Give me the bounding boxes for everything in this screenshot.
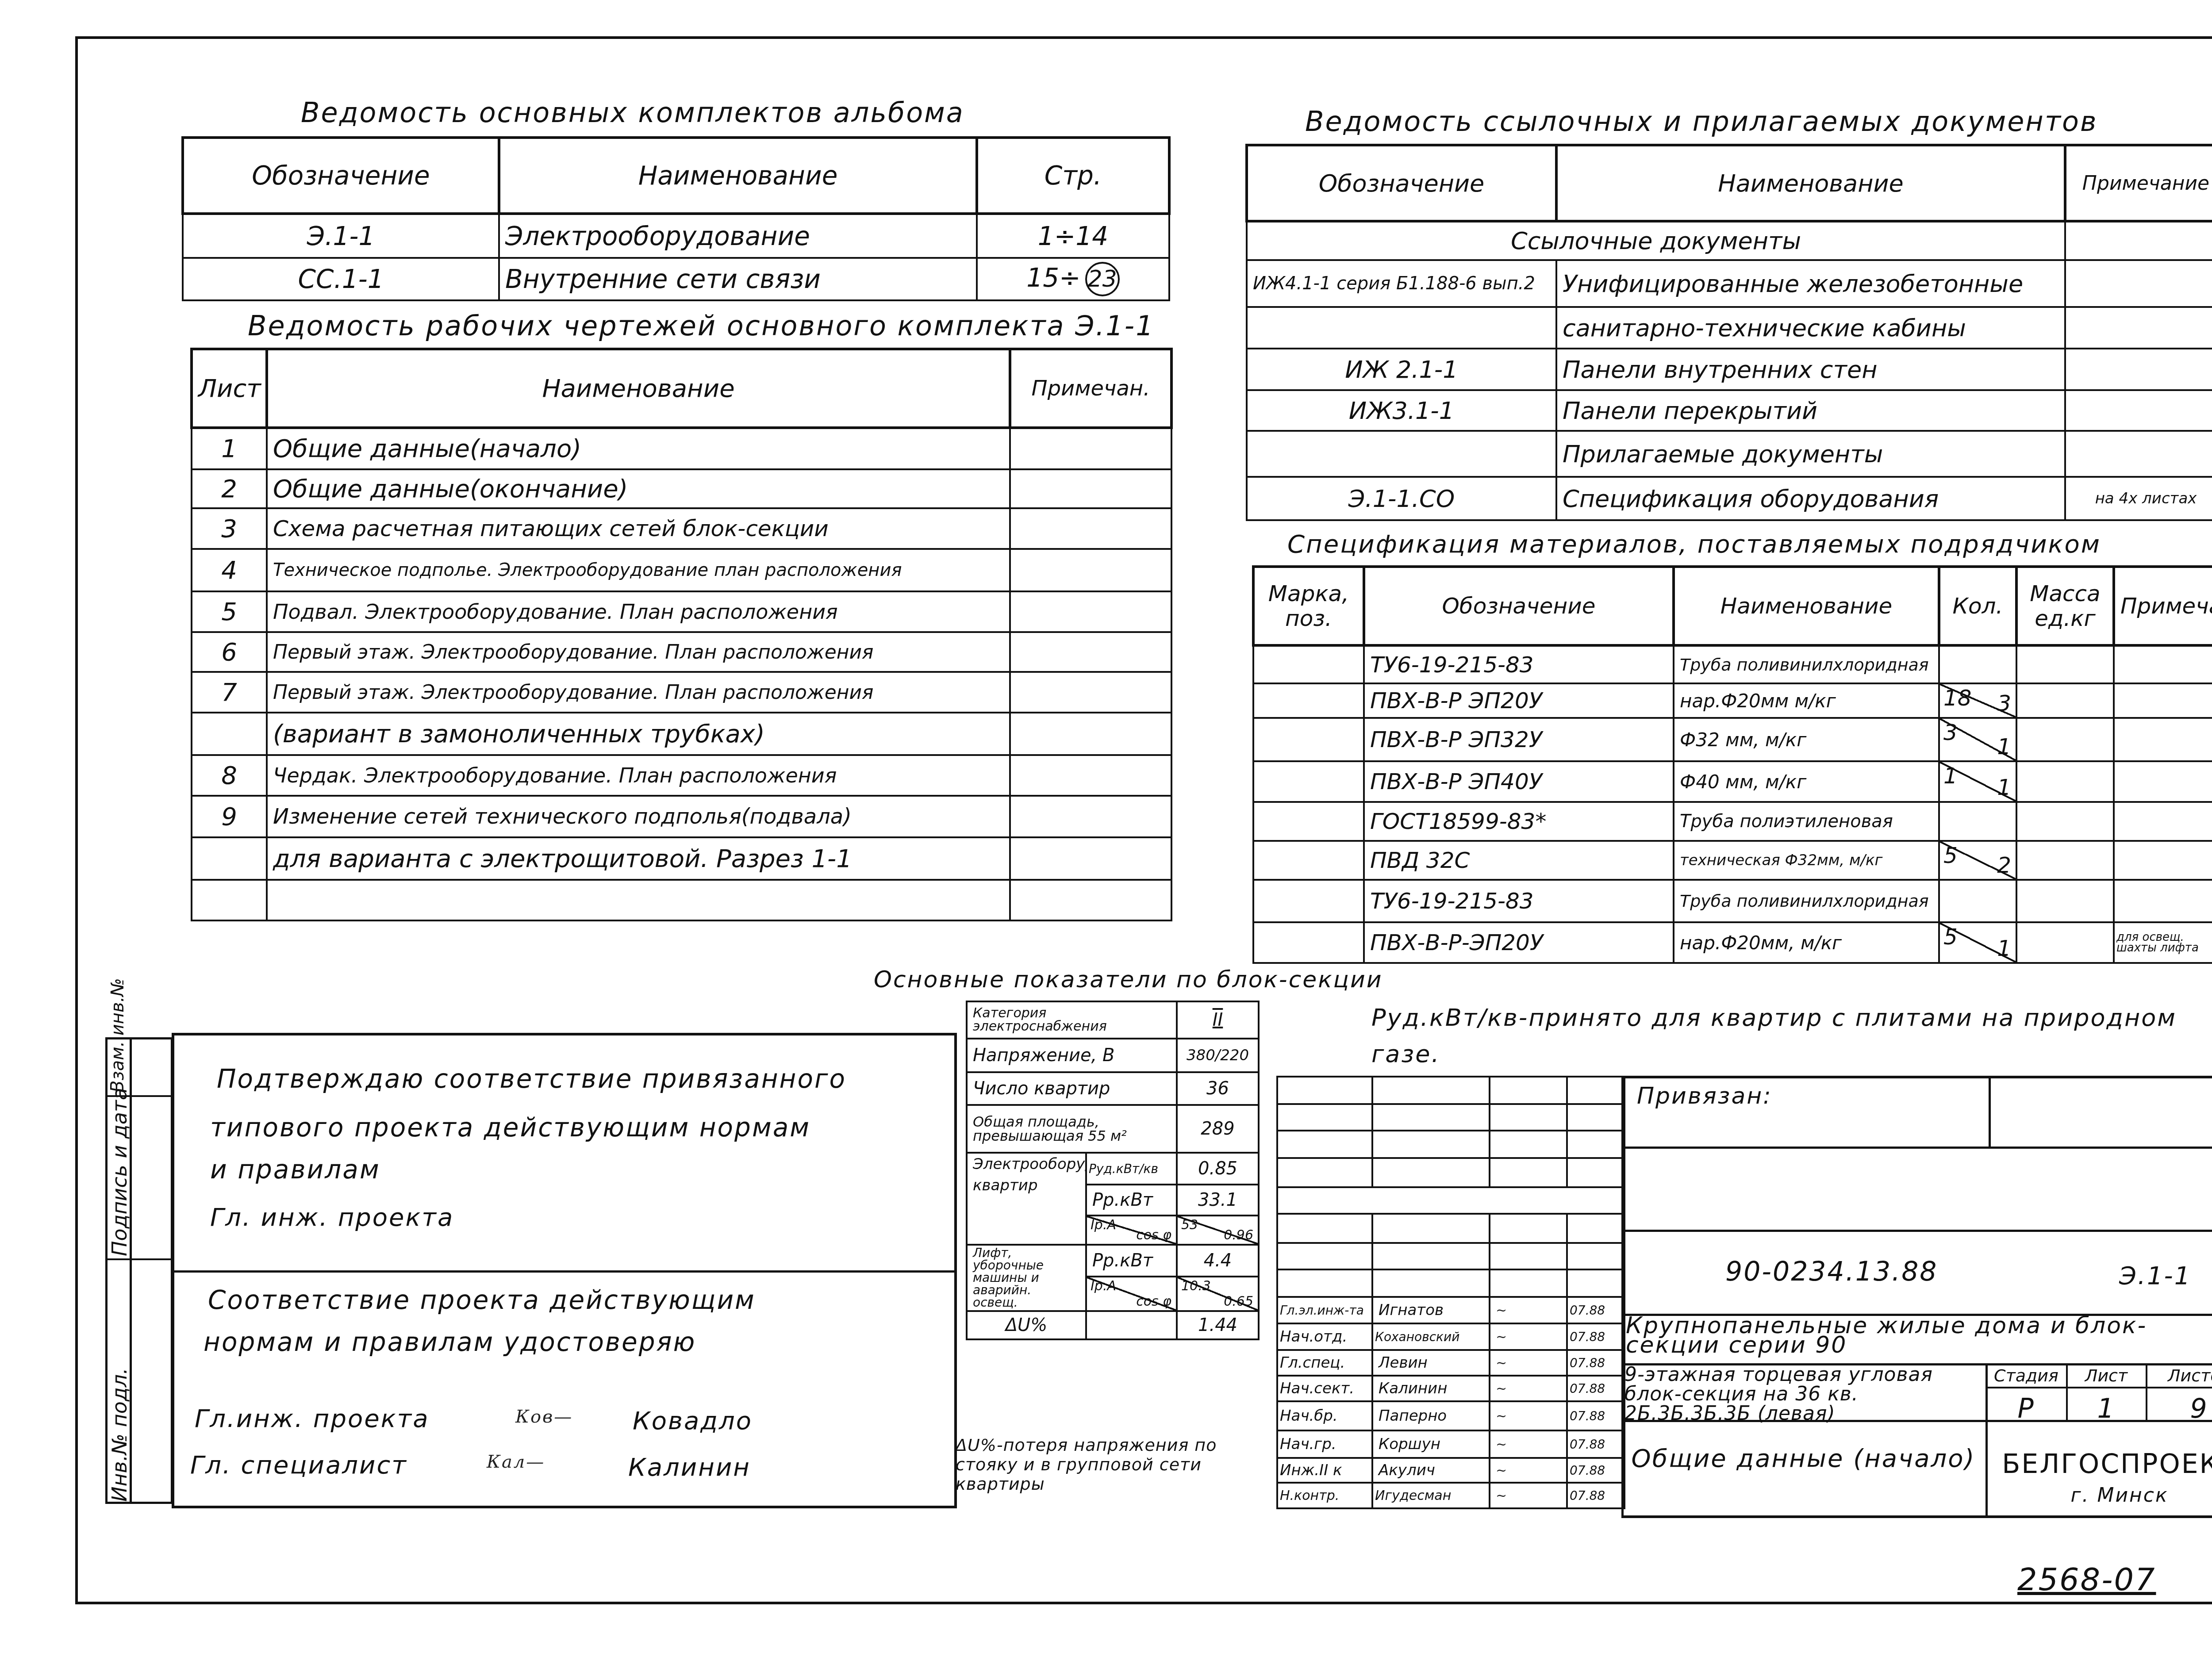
qty-cell: 183 [1939, 683, 2016, 718]
note-cell [1010, 713, 1171, 755]
name-cell: Спецификация оборудования [1556, 477, 2065, 520]
note-cell [1010, 549, 1171, 591]
pos-cell [1253, 645, 1364, 683]
name-cell: Чердак. Электрооборудование. План распол… [267, 755, 1010, 796]
name-cell: Схема расчетная питающих сетей блок-секц… [267, 508, 1010, 549]
table-row: Напряжение, В380/220 [967, 1039, 1259, 1072]
sheet-cell [192, 837, 267, 880]
staff-row: Инж.II кАкулич~07.88 [1277, 1458, 1624, 1483]
param-cell: Рр.кВт [1086, 1245, 1177, 1277]
staff-role: Инж.II к [1277, 1458, 1372, 1483]
label-cell: Общая площадь, превышающая 55 м² [967, 1105, 1177, 1153]
code-cell: ПВХ-В-Р ЭП32У [1364, 718, 1674, 761]
qty-cell [1939, 645, 2016, 683]
group-label: Электрооборудование квартир [967, 1153, 1086, 1245]
table-row: 1Общие данные(начало) [192, 428, 1171, 469]
signature: Ков— [515, 1407, 573, 1427]
empty-cell [1086, 1311, 1177, 1339]
name-cell: Электрооборудование [499, 214, 977, 258]
staff-role: Нач.сект. [1277, 1376, 1372, 1401]
note-cell [1010, 428, 1171, 469]
table-row: ПВД 32Стехническая Ф32мм, м/кг52 [1253, 841, 2212, 880]
staff-role: Гл.спец. [1277, 1350, 1372, 1376]
sheet-cell [192, 880, 267, 920]
signer-role: Гл. специалист [190, 1451, 407, 1480]
name-cell: Общие данные(окончание) [267, 469, 1010, 508]
staff-signature: ~ [1490, 1323, 1567, 1350]
value-cell: 10.30.65 [1177, 1277, 1259, 1311]
staff-date: 07.88 [1567, 1350, 1624, 1376]
code-cell [1247, 307, 1556, 349]
label-cell: ΔU% [967, 1311, 1086, 1339]
staff-row: Нач.отд.Кохановский~07.88 [1277, 1323, 1624, 1350]
staff-role: Нач.бр. [1277, 1401, 1372, 1430]
code-cell: ИЖ4.1-1 серия Б1.188-6 вып.2 [1247, 260, 1556, 307]
mass-cell [2016, 718, 2114, 761]
name-cell: Унифицированные железобетонные [1556, 260, 2065, 307]
name-cell: Ф40 мм, м/кг [1674, 761, 1939, 802]
name-cell: Панели внутренних стен [1556, 349, 2065, 390]
header-cell: Лист [192, 349, 267, 428]
album-sets-title: Ведомость основных комплектов альбома [301, 96, 964, 129]
name-cell: Внутренние сети связи [499, 258, 977, 300]
param-cell: Iр.Аcos φ [1086, 1277, 1177, 1311]
name-cell: Техническое подполье. Электрооборудовани… [267, 549, 1010, 591]
note-cell [1010, 672, 1171, 713]
code-cell: Э.1-1.СО [1247, 477, 1556, 520]
note-cell [2114, 645, 2212, 683]
table-row: Категория электроснабженияII [967, 1001, 1259, 1039]
staff-signature: ~ [1490, 1430, 1567, 1458]
sheet-cell: 1 [192, 428, 267, 469]
name-cell: нар.Ф20мм м/кг [1674, 683, 1939, 718]
pages-cell: 1÷14 [977, 214, 1169, 258]
table-row: Э.1-1 Электрооборудование 1÷14 [183, 214, 1169, 258]
note-cell [2114, 880, 2212, 922]
staff-signature: ~ [1490, 1376, 1567, 1401]
table-row: Электрооборудование квартир Руд.кВт/кв 0… [967, 1153, 1259, 1185]
table-row: ТУ6-19-215-83Труба поливинилхлоридная [1253, 880, 2212, 922]
tb-divider [1621, 1230, 2212, 1232]
staff-row: Нач.гр.Коршун~07.88 [1277, 1430, 1624, 1458]
name-cell: Труба полиэтиленовая [1674, 802, 1939, 841]
table-row: ПВХ-В-Р ЭП40УФ40 мм, м/кг11 [1253, 761, 2212, 802]
table-row: ПВХ-В-Р-ЭП20Унар.Ф20мм, м/кг51для освещ.… [1253, 922, 2212, 963]
strip-label-inv-no: Инв.№ подл. [108, 1368, 131, 1502]
cert-role: Гл. инж. проекта [210, 1203, 454, 1232]
header-cell: Наименование [1674, 567, 1939, 645]
staff-signature: ~ [1490, 1401, 1567, 1430]
header-cell: Наименование [1556, 145, 2065, 221]
note-cell [2065, 221, 2212, 260]
name-cell: Труба поливинилхлоридная [1674, 880, 1939, 922]
table-row: 9Изменение сетей технического подполья(п… [192, 796, 1171, 837]
note-cell [1010, 469, 1171, 508]
header-cell: Марка, поз. [1253, 567, 1364, 645]
code-cell: ПВХ-В-Р ЭП40У [1364, 761, 1674, 802]
note-specific-load: Руд.кВт/кв-принято для квартир с плитами… [1371, 1000, 2212, 1072]
signer-role: Гл.инж. проекта [195, 1404, 430, 1433]
qty-cell: 31 [1939, 718, 2016, 761]
staff-role: Нач.отд. [1277, 1323, 1372, 1350]
reference-docs-title: Ведомость ссылочных и прилагаемых докуме… [1305, 105, 2097, 138]
code-cell: ГОСТ18599-83* [1364, 802, 1674, 841]
strip-label-replaced-inv: Взам. инв.№ [108, 978, 128, 1093]
sheet-cell: 7 [192, 672, 267, 713]
code-cell: ИЖ3.1-1 [1247, 390, 1556, 431]
materials-spec-title: Спецификация материалов, поставляемых по… [1287, 530, 2101, 559]
header-cell: Наименование [499, 138, 977, 214]
staff-name: Паперно [1372, 1401, 1490, 1430]
qty-cell [1939, 880, 2016, 922]
note-cell: на 4х листах [2065, 477, 2212, 520]
header-cell: Примечан. [1010, 349, 1171, 428]
note-cell [2114, 841, 2212, 880]
staff-date: 07.88 [1567, 1401, 1624, 1430]
stage-header: Стадия [1986, 1366, 2066, 1385]
code-cell: ПВД 32С [1364, 841, 1674, 880]
indicators-table: Категория электроснабженияII Напряжение,… [966, 1001, 1260, 1340]
staff-name: Калинин [1372, 1376, 1490, 1401]
staff-date: 07.88 [1567, 1323, 1624, 1350]
pos-cell [1253, 761, 1364, 802]
pos-cell [1253, 718, 1364, 761]
table-row: (вариант в замоноличенных трубках) [192, 713, 1171, 755]
table-row: 5Подвал. Электрооборудование. План распо… [192, 591, 1171, 632]
pos-cell [1253, 922, 1364, 963]
tb-divider [1985, 1387, 2212, 1388]
staff-row: Нач.сект.Калинин~07.88 [1277, 1376, 1624, 1401]
note-cell [1010, 880, 1171, 920]
tb-divider [1621, 1420, 2212, 1422]
staff-date: 07.88 [1567, 1376, 1624, 1401]
note-cell [2065, 431, 2212, 477]
sheets-header: Листов [2147, 1366, 2212, 1385]
sheet-cell: 9 [192, 796, 267, 837]
staff-name: Акулич [1372, 1458, 1490, 1483]
name-cell: Панели перекрытий [1556, 390, 2065, 431]
note-cell [2065, 260, 2212, 307]
code-cell: ПВХ-В-Р ЭП20У [1364, 683, 1674, 718]
staff-row: Гл.эл.инж-таИгнатов~07.88 [1277, 1297, 1624, 1323]
header-cell: Обозначение [1247, 145, 1556, 221]
materials-spec-table: Марка, поз. Обозначение Наименование Кол… [1252, 565, 2212, 964]
staff-date: 07.88 [1567, 1297, 1624, 1323]
staff-date: 07.88 [1567, 1458, 1624, 1483]
stamp-number: 2568-07 [2017, 1561, 2156, 1598]
table-row: СС.1-1 Внутренние сети связи 15÷23 [183, 258, 1169, 300]
set-code: Э.1-1 [2119, 1262, 2191, 1290]
code-cell: Э.1-1 [183, 214, 499, 258]
header-cell: Примечание [2114, 567, 2212, 645]
note-cell [1010, 632, 1171, 672]
cert-line: типового проекта действующим нормам [210, 1112, 810, 1143]
note-cell [2065, 390, 2212, 431]
staff-role: Гл.эл.инж-та [1277, 1297, 1372, 1323]
code-cell [1247, 431, 1556, 477]
value-cell: 530.96 [1177, 1216, 1259, 1245]
qty-cell: 51 [1939, 922, 2016, 963]
name-cell: для варианта с электрощитовой. Разрез 1-… [267, 837, 1010, 880]
project-title: Крупнопанельные жилые дома и блок-секции… [1626, 1316, 2212, 1355]
note-cell: для освещ. шахты лифта [2114, 922, 2212, 963]
sheet-cell: 8 [192, 755, 267, 796]
note-cell [2114, 802, 2212, 841]
cert-line: и правилам [210, 1154, 380, 1185]
table-row: Число квартир36 [967, 1072, 1259, 1105]
note-cell [2114, 761, 2212, 802]
name-cell: Прилагаемые документы [1556, 431, 2065, 477]
name-cell: Первый этаж. Электрооборудование. План р… [267, 632, 1010, 672]
note-cell [1010, 591, 1171, 632]
staff-row: Гл.спец.Левин~07.88 [1277, 1350, 1624, 1376]
code-cell: ПВХ-В-Р-ЭП20У [1364, 922, 1674, 963]
working-drawings-table: Лист Наименование Примечан. 1Общие данны… [190, 348, 1173, 921]
value-cell: 380/220 [1177, 1039, 1259, 1072]
pages-cell: 15÷23 [977, 258, 1169, 300]
value-cell: 1.44 [1177, 1311, 1259, 1339]
pos-cell [1253, 841, 1364, 880]
value-cell: II [1177, 1001, 1259, 1039]
table-row: Лифт, уборочные машины и аварийн. освещ.… [967, 1245, 1259, 1277]
table-row: ИЖ3.1-1Панели перекрытий [1247, 390, 2212, 431]
cert-line: Соответствие проекта действующим [208, 1285, 756, 1315]
mass-cell [2016, 645, 2114, 683]
object-title: 9-этажная торцевая угловая блок-секция н… [1624, 1365, 1978, 1423]
doc-code: 90-0234.13.88 [1725, 1256, 1938, 1287]
table-row: Э.1-1.СОСпецификация оборудованияна 4х л… [1247, 477, 2212, 520]
staff-date: 07.88 [1567, 1483, 1624, 1508]
name-cell: Изменение сетей технического подполья(по… [267, 796, 1010, 837]
mass-cell [2016, 802, 2114, 841]
header-cell: Обозначение [1364, 567, 1674, 645]
header-cell: Примечание [2065, 145, 2212, 221]
mass-cell [2016, 683, 2114, 718]
certification-divider [172, 1270, 957, 1273]
signature: Кал— [487, 1452, 545, 1472]
staff-row: Н.контр.Игудесман~07.88 [1277, 1483, 1624, 1508]
table-row: ПВХ-В-Р ЭП20Унар.Ф20мм м/кг183 [1253, 683, 2212, 718]
sheet-cell: 6 [192, 632, 267, 672]
note-cell [2065, 349, 2212, 390]
circled-page-count: 23 [1085, 262, 1120, 296]
code-cell: ТУ6-19-215-83 [1364, 645, 1674, 683]
table-row: ΔU% 1.44 [967, 1311, 1259, 1339]
qty-cell: 52 [1939, 841, 2016, 880]
sheet-cell: 3 [192, 508, 267, 549]
table-row: ТУ6-19-215-83Труба поливинилхлоридная [1253, 645, 2212, 683]
table-row: ПВХ-В-Р ЭП32УФ32 мм, м/кг31 [1253, 718, 2212, 761]
tb-divider [1989, 1076, 1991, 1147]
cert-line: Подтверждаю соответствие привязанного [217, 1064, 846, 1094]
note-cell [2114, 683, 2212, 718]
table-row: Прилагаемые документы [1247, 431, 2212, 477]
section-referenced: Ссылочные документы [1247, 221, 2065, 260]
param-cell: Рр.кВт [1086, 1185, 1177, 1216]
note-cell [2065, 307, 2212, 349]
organization: БЕЛГОСПРОЕКТ [1987, 1449, 2212, 1480]
name-cell: Общие данные(начало) [267, 428, 1010, 469]
table-row: 8Чердак. Электрооборудование. План распо… [192, 755, 1171, 796]
name-cell: техническая Ф32мм, м/кг [1674, 841, 1939, 880]
group-label: Лифт, уборочные машины и аварийн. освещ. [967, 1245, 1086, 1311]
staff-name: Игудесман [1372, 1483, 1490, 1508]
table-row: Общая площадь, превышающая 55 м²289 [967, 1105, 1259, 1153]
name-cell: Подвал. Электрооборудование. План распол… [267, 591, 1010, 632]
mass-cell [2016, 841, 2114, 880]
table-row: ГОСТ18599-83*Труба полиэтиленовая [1253, 802, 2212, 841]
staff-row: Нач.бр.Паперно~07.88 [1277, 1401, 1624, 1430]
note-cell [1010, 755, 1171, 796]
qty-cell [1939, 802, 2016, 841]
sheet-cell: 2 [192, 469, 267, 508]
staff-role: Н.контр. [1277, 1483, 1372, 1508]
header-cell: Обозначение [183, 138, 499, 214]
note-cell [2114, 718, 2212, 761]
staff-signature: ~ [1490, 1350, 1567, 1376]
sheet-cell: 4 [192, 549, 267, 591]
name-cell: (вариант в замоноличенных трубках) [267, 713, 1010, 755]
table-row [192, 880, 1171, 920]
value-cell: 36 [1177, 1072, 1259, 1105]
header-cell: Наименование [267, 349, 1010, 428]
sheet-title: Общие данные (начало) [1621, 1444, 1985, 1473]
param-cell: Руд.кВт/кв [1086, 1153, 1177, 1185]
code-cell: ИЖ 2.1-1 [1247, 349, 1556, 390]
mass-cell [2016, 761, 2114, 802]
code-cell: СС.1-1 [183, 258, 499, 300]
label-cell: Число квартир [967, 1072, 1177, 1105]
staff-signature: ~ [1490, 1458, 1567, 1483]
staff-name: Игнатов [1372, 1297, 1490, 1323]
value-cell: 4.4 [1177, 1245, 1259, 1277]
table-row: ИЖ 2.1-1Панели внутренних стен [1247, 349, 2212, 390]
table-row: для варианта с электрощитовой. Разрез 1-… [192, 837, 1171, 880]
table-row: ИЖ4.1-1 серия Б1.188-6 вып.2Унифицирован… [1247, 260, 2212, 307]
mass-cell [2016, 880, 2114, 922]
name-cell: нар.Ф20мм, м/кг [1674, 922, 1939, 963]
table-row: 6Первый этаж. Электрооборудование. План … [192, 632, 1171, 672]
label-cell: Категория электроснабжения [967, 1001, 1177, 1039]
staff-name: Левин [1372, 1350, 1490, 1376]
staff-name: Кохановский [1372, 1323, 1490, 1350]
header-cell: Кол. [1939, 567, 2016, 645]
sheet-cell: 5 [192, 591, 267, 632]
name-cell [267, 880, 1010, 920]
table-row: 3Схема расчетная питающих сетей блок-сек… [192, 508, 1171, 549]
code-cell: ТУ6-19-215-83 [1364, 880, 1674, 922]
working-drawings-title: Ведомость рабочих чертежей основного ком… [248, 310, 1155, 342]
value-cell: 33.1 [1177, 1185, 1259, 1216]
name-cell: Первый этаж. Электрооборудование. План р… [267, 672, 1010, 713]
staff-role: Нач.гр. [1277, 1430, 1372, 1458]
note-cell [1010, 508, 1171, 549]
staff-signature: ~ [1490, 1483, 1567, 1508]
pos-cell [1253, 802, 1364, 841]
param-cell: Iр.Аcos φ [1086, 1216, 1177, 1245]
staff-name: Коршун [1372, 1430, 1490, 1458]
header-cell: Масса ед.кг [2016, 567, 2114, 645]
sheet-header: Лист [2067, 1366, 2146, 1385]
city: г. Минск [1987, 1484, 2212, 1507]
sheet-cell [192, 713, 267, 755]
pos-cell [1253, 683, 1364, 718]
table-row: санитарно-технические кабины [1247, 307, 2212, 349]
header-cell: Стр. [977, 138, 1169, 214]
mass-cell [2016, 922, 2114, 963]
album-sets-table: Обозначение Наименование Стр. Э.1-1 Элек… [181, 136, 1171, 301]
note-cell [1010, 837, 1171, 880]
strip-label-signature-date: Подпись и дата [108, 1088, 131, 1256]
signer-name: Калинин [628, 1453, 751, 1482]
table-row: 2Общие данные(окончание) [192, 469, 1171, 508]
staff-signature: ~ [1490, 1297, 1567, 1323]
table-row: 7Первый этаж. Электрооборудование. План … [192, 672, 1171, 713]
note-cell [1010, 796, 1171, 837]
name-cell: Ф32 мм, м/кг [1674, 718, 1939, 761]
reference-docs-table: Обозначение Наименование Примечание Ссыл… [1245, 144, 2212, 521]
privyazan-label: Привязан: [1637, 1083, 1772, 1109]
value-cell: 0.85 [1177, 1153, 1259, 1185]
value-cell: 289 [1177, 1105, 1259, 1153]
side-strip-fields [130, 1037, 173, 1504]
indicators-footnote: ΔU%-потеря напряжения по стояку и в груп… [956, 1435, 1279, 1494]
staff-date: 07.88 [1567, 1430, 1624, 1458]
indicators-title: Основные показатели по блок-секции [874, 966, 1383, 993]
qty-cell: 11 [1939, 761, 2016, 802]
cert-line: нормам и правилам удостоверяю [204, 1327, 696, 1357]
name-cell: Труба поливинилхлоридная [1674, 645, 1939, 683]
label-cell: Напряжение, В [967, 1039, 1177, 1072]
staff-table: Гл.эл.инж-таИгнатов~07.88 Нач.отд.Кохано… [1276, 1076, 1625, 1509]
tb-divider [1621, 1147, 2212, 1149]
signer-name: Ковадло [633, 1407, 753, 1435]
strip-divider [105, 1258, 173, 1260]
table-row: 4Техническое подполье. Электрооборудован… [192, 549, 1171, 591]
pos-cell [1253, 880, 1364, 922]
name-cell: санитарно-технические кабины [1556, 307, 2065, 349]
